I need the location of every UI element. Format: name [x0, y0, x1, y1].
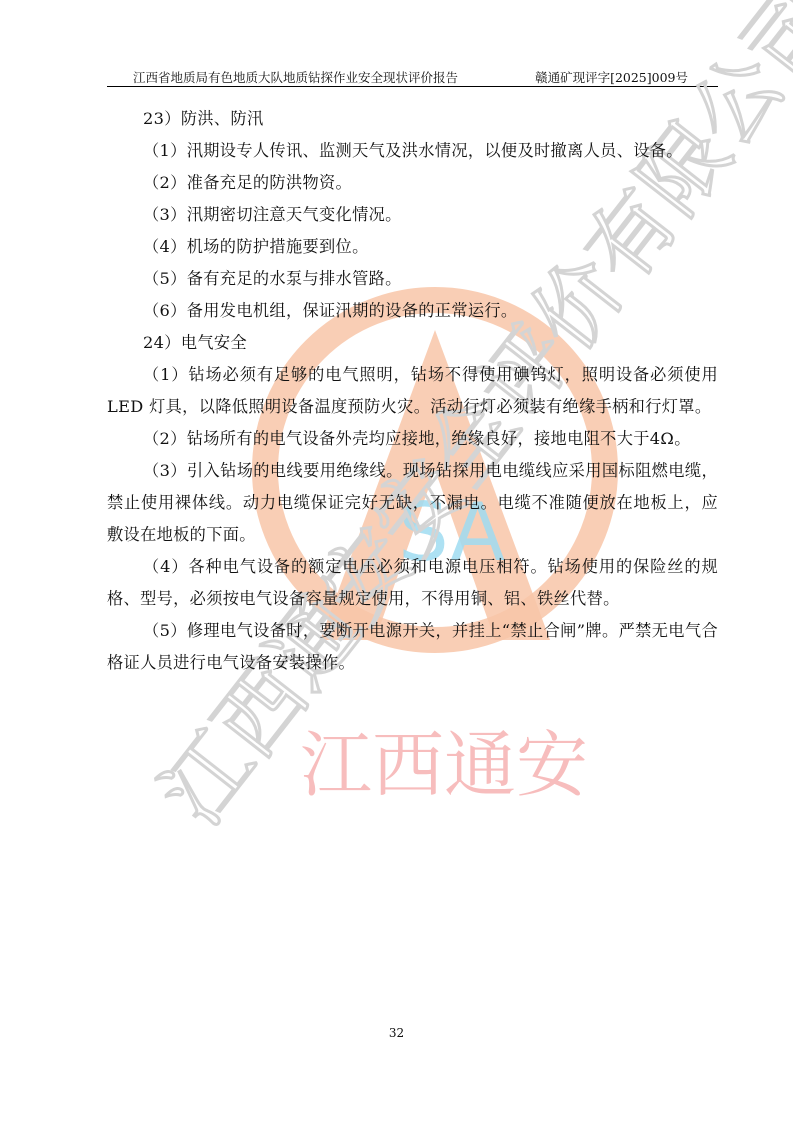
- section-heading: 23）防洪、防汛: [107, 103, 718, 135]
- list-item: （2）钻场所有的电气设备外壳均应接地，绝缘良好，接地电阻不大于4Ω。: [107, 423, 718, 455]
- list-item: （2）准备充足的防洪物资。: [107, 167, 718, 199]
- list-item: （4）各种电气设备的额定电压必须和电源电压相符。钻场使用的保险丝的规格、型号，必…: [107, 551, 718, 615]
- list-item: （5）修理电气设备时，要断开电源开关，并挂上“禁止合闸”牌。严禁无电气合格证人员…: [107, 615, 718, 679]
- list-item: （1）汛期设专人传讯、监测天气及洪水情况，以便及时撤离人员、设备。: [107, 135, 718, 167]
- list-item: （6）备用发电机组，保证汛期的设备的正常运行。: [107, 295, 718, 327]
- list-item: （4）机场的防护措施要到位。: [107, 231, 718, 263]
- list-item: （1）钻场必须有足够的电气照明，钻场不得使用碘钨灯，照明设备必须使用 LED 灯…: [107, 359, 718, 423]
- list-item: （3）引入钻场的电线要用绝缘线。现场钻探用电电缆线应采用国标阻燃电缆，禁止使用裸…: [107, 455, 718, 551]
- page-number: 32: [0, 1026, 793, 1040]
- header-report-title: 江西省地质局有色地质大队地质钻探作业安全现状评价报告: [133, 68, 458, 86]
- list-item: （3）汛期密切注意天气变化情况。: [107, 199, 718, 231]
- page-header: 江西省地质局有色地质大队地质钻探作业安全现状评价报告 赣通矿现评字[2025]0…: [107, 66, 718, 87]
- document-body: 23）防洪、防汛 （1）汛期设专人传讯、监测天气及洪水情况，以便及时撤离人员、设…: [107, 103, 718, 679]
- brand-watermark-text: 江西通安: [300, 723, 588, 807]
- section-heading: 24）电气安全: [107, 327, 718, 359]
- list-item: （5）备有充足的水泵与排水管路。: [107, 263, 718, 295]
- header-doc-number: 赣通矿现评字[2025]009号: [535, 68, 688, 86]
